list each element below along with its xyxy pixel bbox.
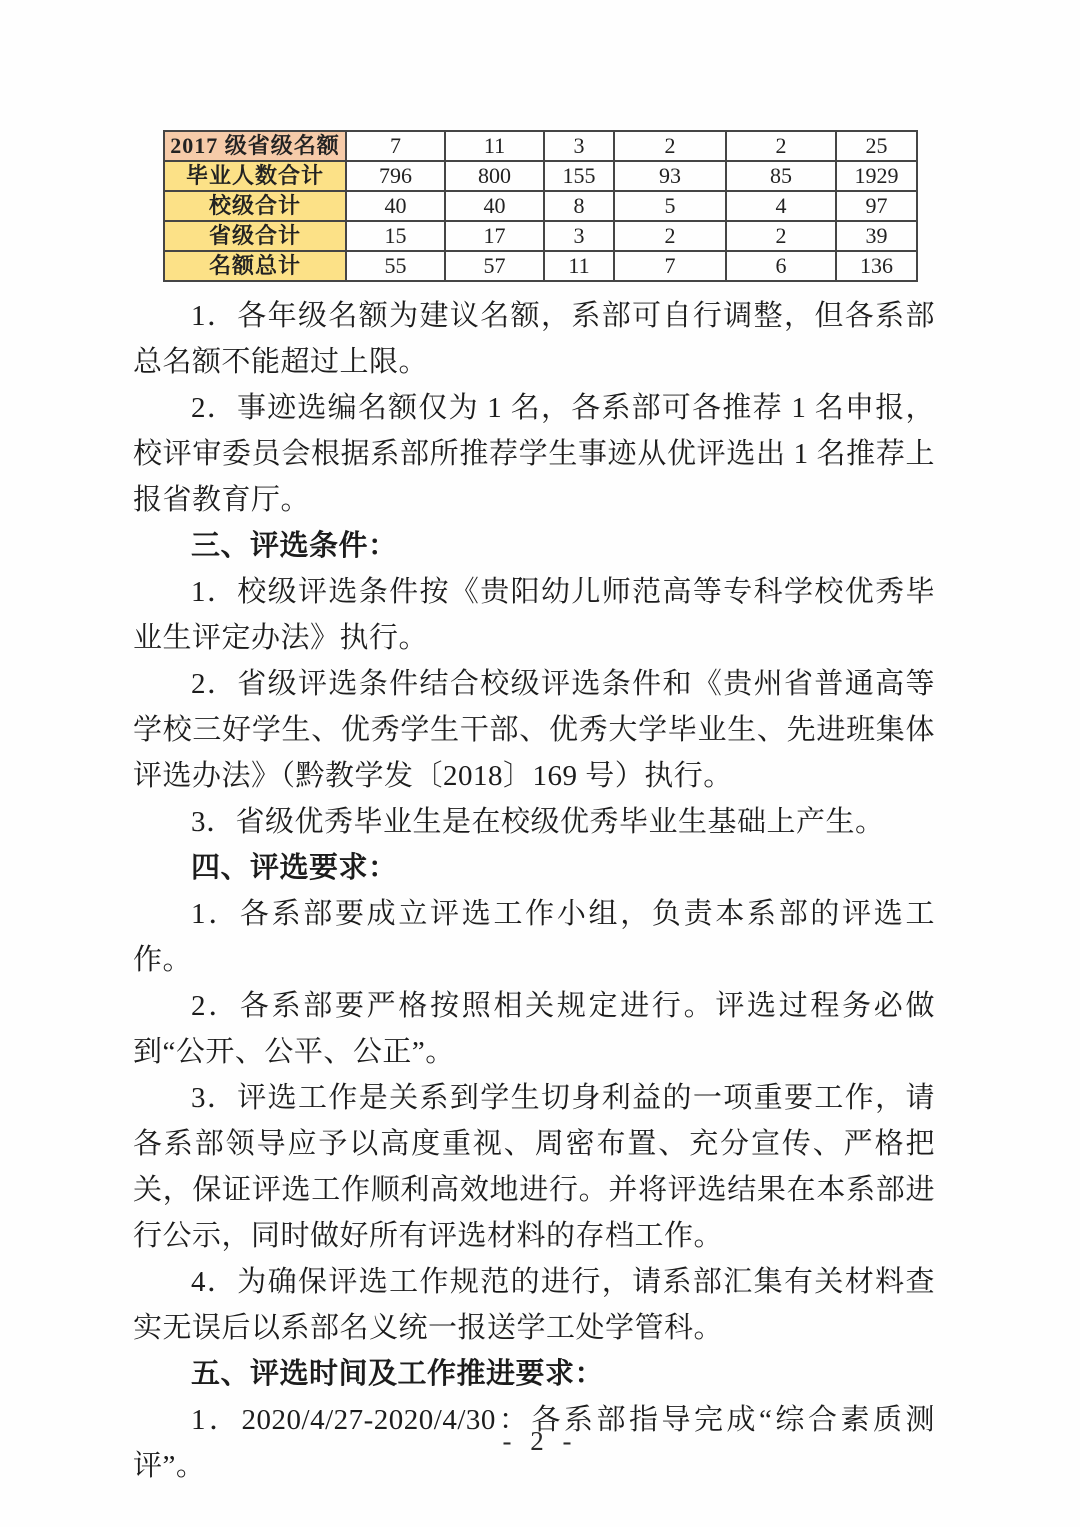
table-row: 名额总计55571176136 <box>164 251 917 281</box>
value-cell: 2 <box>726 131 836 161</box>
paragraph: 1．各系部要成立评选工作小组，负责本系部的评选工作。 <box>133 891 935 983</box>
table-row: 省级合计151732239 <box>164 221 917 251</box>
value-cell: 40 <box>445 191 544 221</box>
value-cell: 11 <box>445 131 544 161</box>
value-cell: 15 <box>346 221 445 251</box>
page-number: - 2 - <box>0 1426 1080 1457</box>
value-cell: 2 <box>726 221 836 251</box>
row-header-cell: 省级合计 <box>164 221 346 251</box>
section-heading: 四、评选要求： <box>133 845 935 891</box>
quota-table: 2017 级省级名额71132225毕业人数合计7968001559385192… <box>163 130 918 282</box>
section-heading: 五、评选时间及工作推进要求： <box>133 1351 935 1397</box>
row-header-cell: 名额总计 <box>164 251 346 281</box>
value-cell: 40 <box>346 191 445 221</box>
row-header-cell: 毕业人数合计 <box>164 161 346 191</box>
value-cell: 25 <box>836 131 917 161</box>
value-cell: 6 <box>726 251 836 281</box>
value-cell: 85 <box>726 161 836 191</box>
table-row: 毕业人数合计79680015593851929 <box>164 161 917 191</box>
value-cell: 17 <box>445 221 544 251</box>
body-text: 1．各年级名额为建议名额，系部可自行调整，但各系部总名额不能超过上限。2．事迹选… <box>133 293 935 1489</box>
value-cell: 3 <box>544 131 614 161</box>
value-cell: 39 <box>836 221 917 251</box>
value-cell: 57 <box>445 251 544 281</box>
table-row: 校级合计404085497 <box>164 191 917 221</box>
paragraph: 3．评选工作是关系到学生切身利益的一项重要工作，请各系部领导应予以高度重视、周密… <box>133 1075 935 1259</box>
value-cell: 1929 <box>836 161 917 191</box>
value-cell: 2 <box>614 131 726 161</box>
value-cell: 8 <box>544 191 614 221</box>
paragraph: 2．事迹选编名额仅为 1 名，各系部可各推荐 1 名申报，校评审委员会根据系部所… <box>133 385 935 523</box>
paragraph: 2．省级评选条件结合校级评选条件和《贵州省普通高等学校三好学生、优秀学生干部、优… <box>133 661 935 799</box>
section-heading: 三、评选条件： <box>133 523 935 569</box>
value-cell: 4 <box>726 191 836 221</box>
value-cell: 3 <box>544 221 614 251</box>
quota-table-body: 2017 级省级名额71132225毕业人数合计7968001559385192… <box>164 131 917 281</box>
value-cell: 97 <box>836 191 917 221</box>
document-content: 2017 级省级名额71132225毕业人数合计7968001559385192… <box>133 130 935 1489</box>
document-page: 2017 级省级名额71132225毕业人数合计7968001559385192… <box>0 0 1080 1527</box>
value-cell: 7 <box>614 251 726 281</box>
row-header-cell: 2017 级省级名额 <box>164 131 346 161</box>
paragraph: 2．各系部要严格按照相关规定进行。评选过程务必做到“公开、公平、公正”。 <box>133 983 935 1075</box>
row-header-cell: 校级合计 <box>164 191 346 221</box>
paragraph: 1．各年级名额为建议名额，系部可自行调整，但各系部总名额不能超过上限。 <box>133 293 935 385</box>
table-row: 2017 级省级名额71132225 <box>164 131 917 161</box>
value-cell: 796 <box>346 161 445 191</box>
value-cell: 7 <box>346 131 445 161</box>
value-cell: 155 <box>544 161 614 191</box>
value-cell: 800 <box>445 161 544 191</box>
value-cell: 136 <box>836 251 917 281</box>
value-cell: 5 <box>614 191 726 221</box>
paragraph: 1．校级评选条件按《贵阳幼儿师范高等专科学校优秀毕业生评定办法》执行。 <box>133 569 935 661</box>
paragraph: 3．省级优秀毕业生是在校级优秀毕业生基础上产生。 <box>133 799 935 845</box>
value-cell: 55 <box>346 251 445 281</box>
value-cell: 2 <box>614 221 726 251</box>
value-cell: 11 <box>544 251 614 281</box>
value-cell: 93 <box>614 161 726 191</box>
paragraph: 4．为确保评选工作规范的进行，请系部汇集有关材料查实无误后以系部名义统一报送学工… <box>133 1259 935 1351</box>
